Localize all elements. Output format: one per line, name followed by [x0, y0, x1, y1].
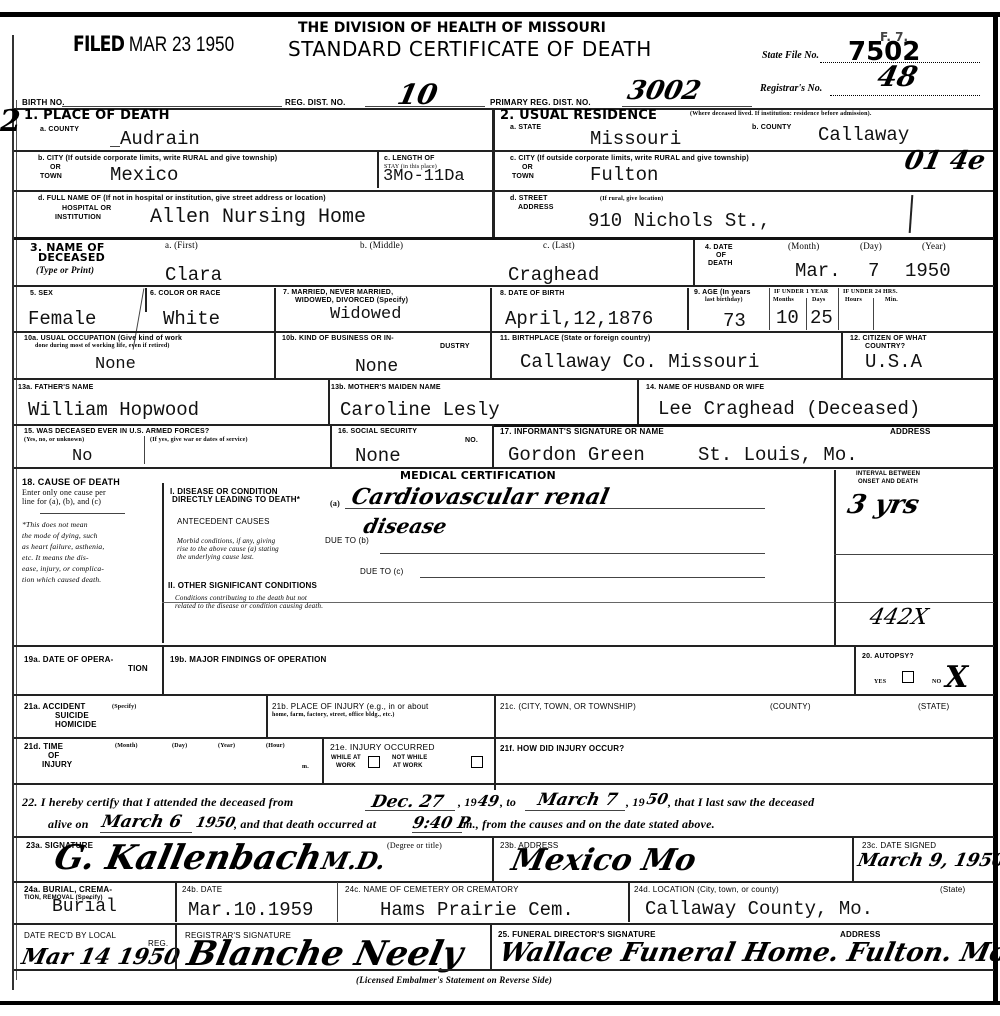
- footnote-line-1: *This does not mean: [22, 519, 104, 530]
- informant-value: Gordon Green: [508, 445, 645, 465]
- burial-date-label: 24b. DATE: [182, 886, 222, 894]
- place-of-death-heading: 1. PLACE OF DEATH: [24, 109, 170, 123]
- reg-dist-label: REG. DIST. NO.: [285, 99, 346, 107]
- pod-stay-divider: [377, 152, 379, 188]
- pod-city-label: b. CITY (If outside corporate limits, wr…: [38, 155, 277, 163]
- ssn-value: None: [355, 446, 401, 466]
- dod-month-value: Mar.: [795, 261, 841, 281]
- hours-label: Hours: [845, 297, 862, 304]
- marital-dob-divider: [490, 288, 492, 378]
- dob-value: April,12,1876: [505, 309, 653, 329]
- days-label: Days: [812, 297, 825, 304]
- medical-cert-heading: MEDICAL CERTIFICATION: [400, 470, 556, 482]
- months-label: Months: [773, 297, 794, 304]
- other-conditions-label: II. OTHER SIGNIFICANT CONDITIONS: [168, 582, 317, 590]
- autopsy-label: 20. AUTOPSY?: [862, 653, 914, 661]
- injury-state-label: (STATE): [918, 703, 949, 711]
- usual-residence-heading: 2. USUAL RESIDENCE: [500, 109, 657, 123]
- days-value: 25: [810, 308, 833, 328]
- cemetery-location-divider: [628, 882, 630, 922]
- days-hours-divider: [838, 288, 839, 330]
- first-name-value: Clara: [165, 265, 222, 285]
- state-file-label: State File No.: [762, 50, 819, 61]
- birthplace-citizen-divider: [841, 331, 843, 378]
- section1-2-divider: [492, 108, 495, 238]
- interval-label: INTERVAL BETWEEN: [856, 471, 920, 478]
- frame-bottom-border: [0, 1001, 1000, 1005]
- race-label: 6. COLOR OR RACE: [150, 290, 220, 298]
- date-recd-value: Mar 14 1950: [19, 944, 182, 970]
- pod-city-town: TOWN: [40, 173, 62, 181]
- cert-line1-text-a: 22. I hereby certify that I attended the…: [22, 795, 293, 809]
- funeral-director-signature: Wallace Funeral Home. Fulton. Mo: [497, 938, 1000, 968]
- other-note2: related to the disease or condition caus…: [175, 602, 323, 610]
- cause-column-divider: [162, 483, 164, 643]
- row21d-divider: [14, 783, 994, 785]
- cert-from-date: Dec. 27: [370, 792, 446, 812]
- sig-address-divider: [492, 837, 494, 881]
- age-label2: last birthday): [705, 297, 743, 304]
- suicide-label: SUICIDE: [55, 712, 89, 720]
- cert-last-seen: March 6: [100, 812, 184, 832]
- burial-date-divider: [175, 882, 177, 922]
- business-label: 10b. KIND OF BUSINESS OR IN-: [282, 335, 394, 343]
- under-1yr-label: IF UNDER 1 YEAR: [774, 289, 828, 296]
- injury-place-label: 21b. PLACE OF INJURY (e.g., in or about: [272, 703, 428, 711]
- informant-label: 17. INFORMANT'S SIGNATURE OR NAME: [500, 428, 664, 436]
- ssn-label2: NO.: [465, 437, 478, 445]
- section-divider-deceased: [14, 237, 994, 240]
- min-label: Min.: [885, 297, 898, 304]
- autopsy-yes-checkbox[interactable]: [902, 671, 914, 683]
- address-date-divider: [852, 837, 854, 881]
- dod-day-value: 7: [868, 261, 879, 281]
- burial-label: 24a. BURIAL, CREMA-: [24, 886, 112, 894]
- cert-line1-e: , that I last saw the deceased: [668, 795, 814, 809]
- cert-line1-d: , 19: [626, 795, 645, 809]
- cert-line1-b: , 19: [458, 795, 477, 809]
- other-note1: Conditions contributing to the death but…: [175, 594, 307, 602]
- pod-stay-label: c. LENGTH OF: [384, 155, 435, 163]
- ur-street-note: (If rural, give location): [600, 196, 663, 203]
- spouse-value: Lee Craghead (Deceased): [658, 399, 920, 419]
- armed-forces-value: No: [72, 447, 92, 467]
- dod-label2: OF: [716, 252, 726, 260]
- not-at-work-label2: AT WORK: [393, 763, 423, 770]
- due-c-value-line: [420, 577, 765, 578]
- dod-label3: DEATH: [708, 260, 733, 268]
- injury-city-label: 21c. (CITY, TOWN, OR TOWNSHIP): [500, 703, 636, 711]
- pod-county-mark: [110, 146, 120, 147]
- accident-label: 21a. ACCIDENT: [24, 703, 85, 711]
- row25-divider: [14, 969, 994, 971]
- specify-label: (Specify): [112, 704, 136, 711]
- certificate-title: STANDARD CERTIFICATE OF DEATH: [288, 38, 652, 60]
- under-24hr-label: IF UNDER 24 HRS.: [843, 289, 898, 296]
- cert-line1-c: , to: [500, 795, 516, 809]
- father-value: William Hopwood: [28, 400, 199, 420]
- autopsy-divider: [854, 646, 856, 694]
- footnote-line-2: the mode of dying, such: [22, 530, 104, 541]
- cemetery-value: Hams Prairie Cem.: [380, 900, 574, 920]
- injury-time-label2: OF: [48, 752, 60, 760]
- pod-county-label: a. COUNTY: [40, 126, 79, 134]
- cause-note2: line for (a), (b), and (c): [22, 498, 101, 505]
- injury-place-label2: home, farm, factory, street, office bldg…: [272, 712, 395, 719]
- embalmer-note: (Licensed Embalmer's Statement on Revers…: [356, 975, 552, 985]
- injury-day-label: (Day): [172, 743, 187, 750]
- operation-findings-label: 19b. MAJOR FINDINGS OF OPERATION: [170, 656, 327, 664]
- pod-stay-value: 3Mo-11Da: [383, 167, 465, 187]
- time-occurred-divider: [322, 738, 324, 783]
- burial-date-value: Mar.10.1959: [188, 900, 313, 920]
- spouse-label: 14. NAME OF HUSBAND OR WIFE: [646, 384, 764, 392]
- dod-year-label: (Year): [922, 243, 946, 250]
- ur-city-town: TOWN: [512, 173, 534, 181]
- father-mother-divider: [328, 378, 330, 424]
- pod-hospital-label2: HOSPITAL OR: [62, 205, 111, 213]
- interval-value: 3 yrs: [845, 490, 922, 520]
- cause-a-value2: disease: [361, 514, 449, 538]
- cause-note1: Enter only one cause per: [22, 489, 106, 496]
- primary-reg-dist-number: 3002: [625, 76, 704, 106]
- birthplace-value: Callaway Co. Missouri: [520, 352, 759, 372]
- ur-street-pen-mark: [909, 195, 914, 233]
- months-days-divider: [806, 298, 807, 330]
- pod-city-or: OR: [50, 164, 61, 172]
- cert-last-seen-year: 1950: [194, 815, 236, 831]
- cert-line2-a: alive on: [48, 817, 89, 831]
- how-injury-label: 21f. HOW DID INJURY OCCUR?: [500, 745, 624, 753]
- row23-divider: [14, 881, 994, 883]
- citizen-label: 12. CITIZEN OF WHAT: [850, 335, 927, 343]
- filed-date: MAR 23 1950: [129, 33, 234, 56]
- birth-no-line: [62, 106, 282, 107]
- due-b-line: [380, 553, 765, 554]
- cert-line2-c: , and that death occurred at: [234, 817, 376, 831]
- cause-of-death-label: 18. CAUSE OF DEATH: [22, 478, 120, 486]
- armed-forces-label: 15. WAS DECEASED EVER IN U.S. ARMED FORC…: [24, 428, 209, 436]
- ur-county-value: Callaway: [818, 125, 909, 145]
- frame-left-border: [12, 35, 14, 990]
- autopsy-no-label: NO: [932, 679, 941, 686]
- birth-no-label: BIRTH NO.: [22, 99, 65, 107]
- burial-location-label: 24d. LOCATION (City, town, or county): [634, 886, 779, 894]
- burial-value: Burial: [52, 897, 117, 917]
- row21a-divider: [14, 737, 994, 739]
- ssn-informant-divider: [492, 425, 494, 467]
- date-recd-label: DATE REC'D BY LOCAL: [24, 932, 116, 940]
- informant-address-value: St. Louis, Mo.: [698, 445, 858, 465]
- injury-m-label: m.: [302, 764, 309, 771]
- burial-location-state-label: (State): [940, 886, 965, 894]
- months-value: 10: [776, 308, 799, 328]
- birthplace-label: 11. BIRTHPLACE (State or foreign country…: [500, 335, 651, 343]
- footnote-line-3: as heart failure, asthenia,: [22, 541, 104, 552]
- occupation-label2: done during most of working life, even i…: [35, 343, 170, 350]
- at-work-label2: WORK: [336, 763, 356, 770]
- pod-city-label-text: b. CITY (If outside corporate limits, wr…: [38, 155, 277, 162]
- mother-label: 13b. MOTHER'S MAIDEN NAME: [331, 384, 441, 392]
- interval-column-divider: [834, 470, 836, 645]
- dod-year-value: 1950: [905, 261, 951, 281]
- armed-forces-sub1: (Yes, no, or unknown): [24, 437, 84, 444]
- father-label: 13a. FATHER'S NAME: [18, 384, 94, 392]
- at-work-checkbox[interactable]: [368, 756, 380, 768]
- armed-forces-sub2: (If yes, give war or dates of service): [150, 437, 248, 444]
- due-b-label: DUE TO (b): [325, 537, 369, 545]
- registrar-funeral-divider: [490, 924, 492, 969]
- row10-divider: [14, 378, 994, 380]
- ur-city-or: OR: [522, 164, 533, 172]
- autopsy-yes-label: YES: [874, 679, 886, 686]
- filed-label: FILED: [73, 32, 124, 56]
- middle-name-label: b. (Middle): [360, 242, 403, 249]
- injury-time-label: 21d. TIME: [24, 743, 63, 751]
- dod-month-label: (Month): [788, 243, 819, 250]
- injury-occurred-label: 21e. INJURY OCCURRED: [330, 743, 435, 751]
- age-months-divider: [769, 288, 770, 330]
- margin-code: 442X: [867, 605, 930, 630]
- not-at-work-checkbox[interactable]: [471, 756, 483, 768]
- sex-value: Female: [28, 309, 96, 329]
- primary-reg-dist-label: PRIMARY REG. DIST. NO.: [490, 99, 591, 107]
- business-label2: DUSTRY: [440, 343, 470, 351]
- first-name-label: a. (First): [165, 242, 198, 249]
- row3-divider: [14, 285, 994, 287]
- injury-year-label: (Year): [218, 743, 235, 750]
- margin-mark: 2: [0, 104, 21, 139]
- row13-divider-left: [14, 424, 494, 426]
- armed-ssn-divider: [330, 425, 332, 467]
- medical-divider: [14, 645, 994, 647]
- morbid-note2: rise to the above cause (a) stating: [177, 545, 279, 553]
- ur-street-label2: ADDRESS: [518, 204, 554, 212]
- footnote-line-4: etc. It means the dis-: [22, 552, 104, 563]
- not-at-work-label: NOT WHILE: [392, 755, 427, 762]
- cause-a-label: (a): [330, 500, 340, 507]
- date-signed-label: 23c. DATE SIGNED: [862, 842, 936, 850]
- mother-value: Caroline Lesly: [340, 400, 500, 420]
- ssn-label: 16. SOCIAL SECURITY: [338, 428, 417, 436]
- ur-city-label: c. CITY (If outside corporate limits, wr…: [510, 155, 749, 163]
- primary-reg-dist-line: [622, 106, 752, 107]
- age-value: 73: [723, 311, 746, 331]
- pod-divider-2: [14, 190, 494, 192]
- citizen-label2: COUNTRY?: [865, 343, 905, 351]
- age-label: 9. AGE (In years: [694, 289, 751, 297]
- ur-county-label: b. COUNTY: [752, 124, 792, 132]
- operation-date-label2: TION: [128, 665, 148, 673]
- dod-label: 4. DATE: [705, 244, 733, 252]
- footnote-line-6: tion which caused death.: [22, 574, 104, 585]
- injury-time-label3: INJURY: [42, 761, 72, 769]
- marital-label2: WIDOWED, DIVORCED (Specify): [295, 297, 408, 305]
- occupation-value: None: [95, 355, 136, 375]
- ur-city-annotation: 01 4e: [902, 146, 988, 176]
- cert-address: Mexico Mo: [508, 843, 699, 878]
- dob-age-divider: [687, 288, 689, 330]
- ur-state-label: a. STATE: [510, 124, 541, 132]
- pod-county-value: Audrain: [120, 129, 200, 149]
- date-signed: March 9, 1950: [856, 850, 1000, 871]
- injury-month-label: (Month): [115, 743, 138, 750]
- registrar-signature: Blanche Neely: [184, 934, 467, 974]
- last-name-label: c. (Last): [543, 242, 575, 249]
- row24-divider: [14, 923, 994, 925]
- cert-line1: 22. I hereby certify that I attended the…: [22, 795, 293, 809]
- dod-day-label: (Day): [860, 243, 882, 250]
- division-title: THE DIVISION OF HEALTH OF MISSOURI: [298, 20, 606, 36]
- race-marital-divider: [274, 288, 276, 378]
- dob-label: 8. DATE OF BIRTH: [500, 290, 565, 298]
- at-work-label: WHILE AT: [331, 755, 361, 762]
- informant-address-label: ADDRESS: [890, 428, 931, 436]
- row5-divider-left: [14, 331, 274, 333]
- injury-hour-label: (Hour): [266, 743, 285, 750]
- cause-footnote: *This does not mean the mode of dying, s…: [22, 519, 104, 585]
- cert-line2-d: m., from the causes and on the date stat…: [463, 817, 715, 831]
- usual-residence-note: (Where deceased lived. If institution: r…: [690, 111, 872, 118]
- physician-signature: G. Kallenbach: [51, 838, 326, 878]
- injury-county-label: (COUNTY): [770, 703, 811, 711]
- registrar-no-line: [830, 95, 980, 96]
- cert-time-line: [412, 832, 462, 833]
- physician-degree: M.D.: [319, 846, 388, 875]
- cause-note-rule: [40, 513, 125, 514]
- hours-min-divider: [873, 298, 874, 330]
- operation-divider: [162, 646, 164, 694]
- recd-registrar-divider: [175, 924, 177, 969]
- interval-c-line: [834, 602, 994, 603]
- filed-stamp: FILED MAR 23 1950: [73, 32, 234, 57]
- pod-city-value: Mexico: [110, 165, 178, 185]
- last-name-value: Craghead: [508, 265, 599, 285]
- morbid-note3: the underlying cause last.: [177, 553, 254, 561]
- ur-divider-2: [495, 190, 993, 192]
- sex-race-divider: [145, 288, 147, 312]
- due-c-label: DUE TO (c): [360, 568, 403, 576]
- reg-dist-number: 10: [394, 78, 440, 111]
- row19-divider: [14, 694, 994, 696]
- citizen-value: U.S.A: [865, 352, 922, 372]
- pod-divider-1: [14, 150, 494, 152]
- occupation-label: 10a. USUAL OCCUPATION (Give kind of work: [24, 335, 182, 343]
- row5-divider-right: [490, 331, 994, 333]
- pod-hospital-label3: INSTITUTION: [55, 214, 101, 222]
- footnote-line-5: ease, injury, or complica-: [22, 563, 104, 574]
- dod-divider: [693, 240, 695, 285]
- cert-to-year: 50: [645, 790, 670, 808]
- race-value: White: [163, 309, 220, 329]
- frame-left-inner-border: [16, 100, 17, 980]
- row5-divider-mid: [274, 331, 490, 333]
- marital-value: Widowed: [330, 305, 401, 325]
- cert-from-year: 49: [476, 792, 501, 810]
- rubber-stamp-mark: F. 7.: [880, 30, 908, 44]
- operation-date-label: 19a. DATE OF OPERA-: [24, 656, 113, 664]
- pod-hospital-label: d. FULL NAME OF (If not in hospital or i…: [38, 195, 326, 203]
- ur-city-value: Fulton: [590, 165, 658, 185]
- degree-label: (Degree or title): [387, 842, 442, 849]
- frame-top-border: [0, 12, 1000, 17]
- ur-street-label: d. STREET: [510, 195, 548, 203]
- ur-street-value: 910 Nichols St.,: [588, 211, 770, 231]
- cemetery-label: 24c. NAME OF CEMETERY OR CREMATORY: [345, 886, 519, 894]
- pod-hospital-value: Allen Nursing Home: [150, 208, 366, 228]
- cert-last-seen-line: [100, 832, 192, 833]
- interval-label2: ONSET AND DEATH: [858, 479, 918, 486]
- interval-b-line: [834, 554, 994, 555]
- name-label3: (Type or Print): [36, 265, 94, 275]
- autopsy-no-check[interactable]: X: [945, 660, 968, 695]
- burial-location-value: Callaway County, Mo.: [645, 899, 873, 919]
- business-value: None: [355, 357, 398, 377]
- cert-to-line: [525, 810, 625, 811]
- cause-a-value: Cardiovascular renal: [349, 484, 611, 510]
- registrar-no-label: Registrar's No.: [760, 83, 822, 94]
- date-cemetery-divider: [337, 882, 338, 922]
- antecedent-label: ANTECEDENT CAUSES: [177, 518, 270, 526]
- homicide-label: HOMICIDE: [55, 721, 97, 729]
- accident-place-divider: [266, 695, 268, 737]
- armed-forces-sub-divider: [144, 436, 145, 464]
- ur-state-value: Missouri: [590, 129, 681, 149]
- sex-label: 5. SEX: [30, 290, 53, 298]
- registrar-number: 48: [874, 60, 920, 93]
- cert-to-date: March 7: [536, 790, 620, 810]
- name-label2: DECEASED: [38, 252, 105, 264]
- disease-label2: DIRECTLY LEADING TO DEATH*: [172, 496, 300, 504]
- morbid-note1: Morbid conditions, if any, giving: [177, 537, 275, 545]
- marital-label: 7. MARRIED, NEVER MARRIED,: [283, 289, 393, 297]
- mother-spouse-divider: [637, 378, 639, 424]
- place-city-divider: [494, 695, 496, 790]
